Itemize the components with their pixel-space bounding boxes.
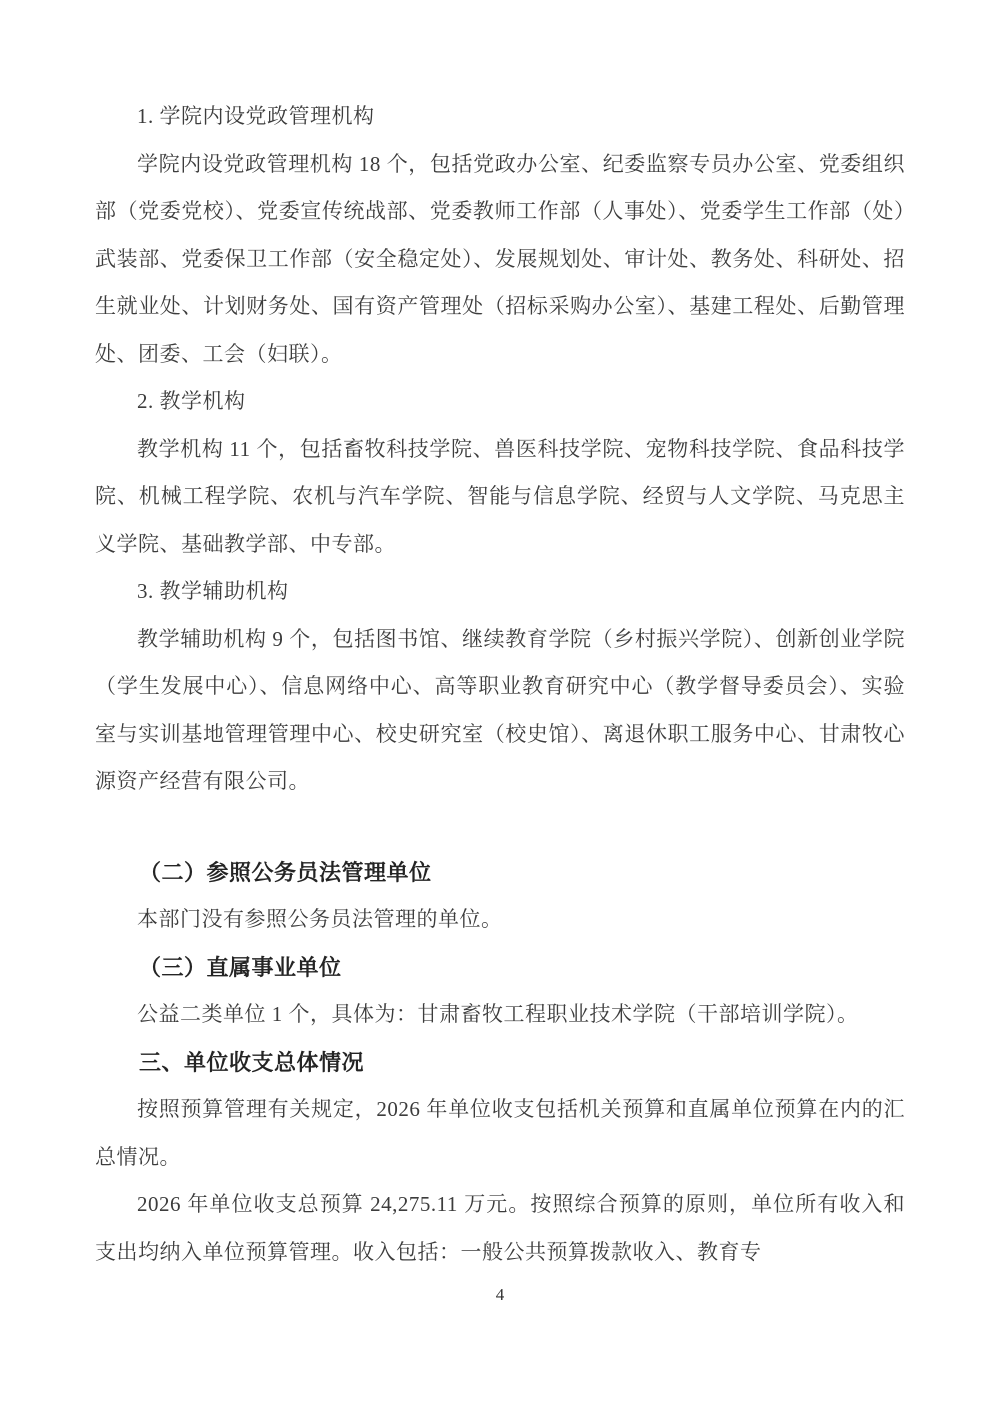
heading-teaching-aux-orgs: 3. 教学辅助机构 — [95, 568, 905, 616]
heading-budget-overview: 三、单位收支总体情况 — [95, 1039, 905, 1087]
paragraph-directly-affiliated-units: 公益二类单位 1 个，具体为：甘肃畜牧工程职业技术学院（干部培训学院）。 — [95, 991, 905, 1039]
document-content: 1. 学院内设党政管理机构 学院内设党政管理机构 18 个，包括党政办公室、纪委… — [0, 0, 1000, 1276]
heading-teaching-orgs: 2. 教学机构 — [95, 378, 905, 426]
heading-civil-servant-law-units: （二）参照公务员法管理单位 — [95, 849, 905, 897]
paragraph-civil-servant-law-units: 本部门没有参照公务员法管理的单位。 — [95, 896, 905, 944]
heading-party-admin-orgs: 1. 学院内设党政管理机构 — [95, 93, 905, 141]
heading-directly-affiliated-units: （三）直属事业单位 — [95, 944, 905, 992]
paragraph-teaching-aux-orgs: 教学辅助机构 9 个，包括图书馆、继续教育学院（乡村振兴学院）、创新创业学院（学… — [95, 616, 905, 806]
paragraph-budget-total: 2026 年单位收支总预算 24,275.11 万元。按照综合预算的原则，单位所… — [95, 1181, 905, 1276]
section-gap — [95, 806, 905, 849]
paragraph-budget-scope: 按照预算管理有关规定，2026 年单位收支包括机关预算和直属单位预算在内的汇总情… — [95, 1086, 905, 1181]
page-number: 4 — [0, 1285, 1000, 1305]
paragraph-party-admin-orgs: 学院内设党政管理机构 18 个，包括党政办公室、纪委监察专员办公室、党委组织部（… — [95, 141, 905, 379]
document-page: 1. 学院内设党政管理机构 学院内设党政管理机构 18 个，包括党政办公室、纪委… — [0, 0, 1000, 1414]
paragraph-teaching-orgs: 教学机构 11 个，包括畜牧科技学院、兽医科技学院、宠物科技学院、食品科技学院、… — [95, 426, 905, 569]
